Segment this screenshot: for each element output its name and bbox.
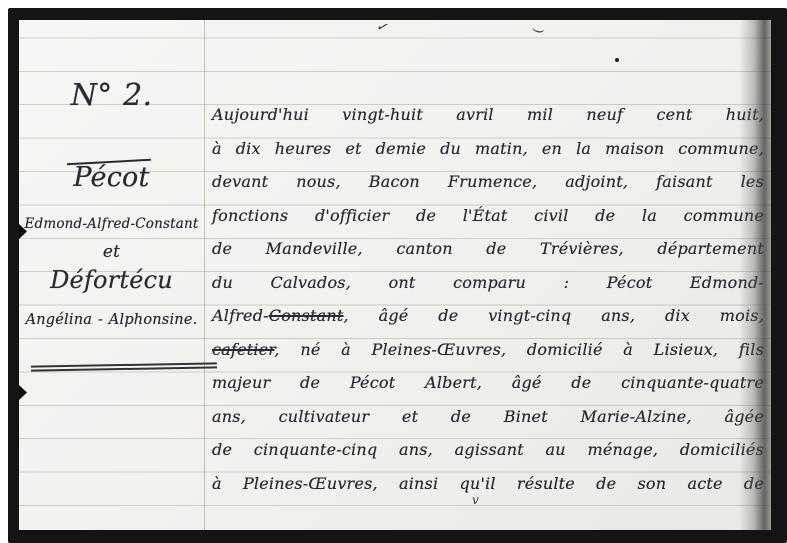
insertion-caret-mark: v [472,493,479,507]
groom-given-names: Edmond-Alfred-Constant [19,216,204,232]
manuscript-text: fonctions d'officier de l'État civil de … [212,206,764,225]
manuscript-line: majeur de Pécot Albert, âgé de cinquante… [212,366,764,400]
conjunction-et: et [19,242,204,262]
entry-number: N° 2. [19,78,204,113]
pen-curve-mark: ) [531,29,545,34]
manuscript-text: majeur de Pécot Albert, âgé de cinquante… [212,373,764,392]
bride-given-names: Angélina - Alphonsine. [19,312,204,328]
manuscript-line: du Calvados, ont comparu : Pécot Edmond- [212,266,764,300]
manuscript-text: devant nous, Bacon Frumence, adjoint, fa… [212,172,764,191]
manuscript-text: Alfred- [212,306,269,325]
manuscript-line: cafetier, né à Pleines-Œuvres, domicilié… [212,333,764,367]
manuscript-text: ans, cultivateur et de Binet Marie-Alzin… [212,407,764,426]
manuscript-text: du Calvados, ont comparu : Pécot Edmond- [212,273,764,292]
manuscript-line: de Mandeville, canton de Trévières, dépa… [212,232,764,266]
manuscript-text: à dix heures et demie du matin, en la ma… [212,139,764,158]
manuscript-line: devant nous, Bacon Frumence, adjoint, fa… [212,165,764,199]
manuscript-text: à Pleines-Œuvres, ainsi qu'il résulte de… [212,474,764,493]
ink-dot-mark [615,58,619,62]
manuscript-text: Aujourd'hui vingt-huit avril mil neuf ce… [212,105,764,124]
manuscript-line: à Pleines-Œuvres, ainsi qu'il résulte de… [212,467,764,501]
margin-annotations: N° 2. Pécot Edmond-Alfred-Constant et Dé… [19,20,204,530]
groom-surname: Pécot [19,162,204,193]
double-underline [31,362,217,373]
manuscript-line: à dix heures et demie du matin, en la ma… [212,132,764,166]
manuscript-text: , né à Pleines-Œuvres, domicilié à Lisie… [274,340,764,359]
struck-text: Constant [269,306,344,325]
page-gutter-shadow [739,20,771,530]
manuscript-line: Aujourd'hui vingt-huit avril mil neuf ce… [212,98,764,132]
bride-surname: Défortécu [19,266,204,294]
double-underline-bottom [31,366,217,371]
manuscript-text: de cinquante-cinq ans, agissant au ménag… [212,440,764,459]
manuscript-line: ans, cultivateur et de Binet Marie-Alzin… [212,400,764,434]
register-paper: N° 2. Pécot Edmond-Alfred-Constant et Dé… [19,20,771,530]
manuscript-text: de Mandeville, canton de Trévières, dépa… [212,239,764,258]
struck-text: cafetier [212,340,274,359]
manuscript-line: fonctions d'officier de l'État civil de … [212,199,764,233]
manuscript-line: Alfred-Constant, âgé de vingt-cinq ans, … [212,299,764,333]
manuscript-text: , âgé de vingt-cinq ans, dix mois, [343,306,764,325]
manuscript-body: Aujourd'hui vingt-huit avril mil neuf ce… [212,98,764,500]
pen-tick-mark: ✓ [374,20,388,36]
manuscript-line: de cinquante-cinq ans, agissant au ménag… [212,433,764,467]
photo-frame: N° 2. Pécot Edmond-Alfred-Constant et Dé… [8,8,787,543]
scanned-register-page: N° 2. Pécot Edmond-Alfred-Constant et Dé… [0,0,787,543]
margin-rule-line [204,20,205,530]
